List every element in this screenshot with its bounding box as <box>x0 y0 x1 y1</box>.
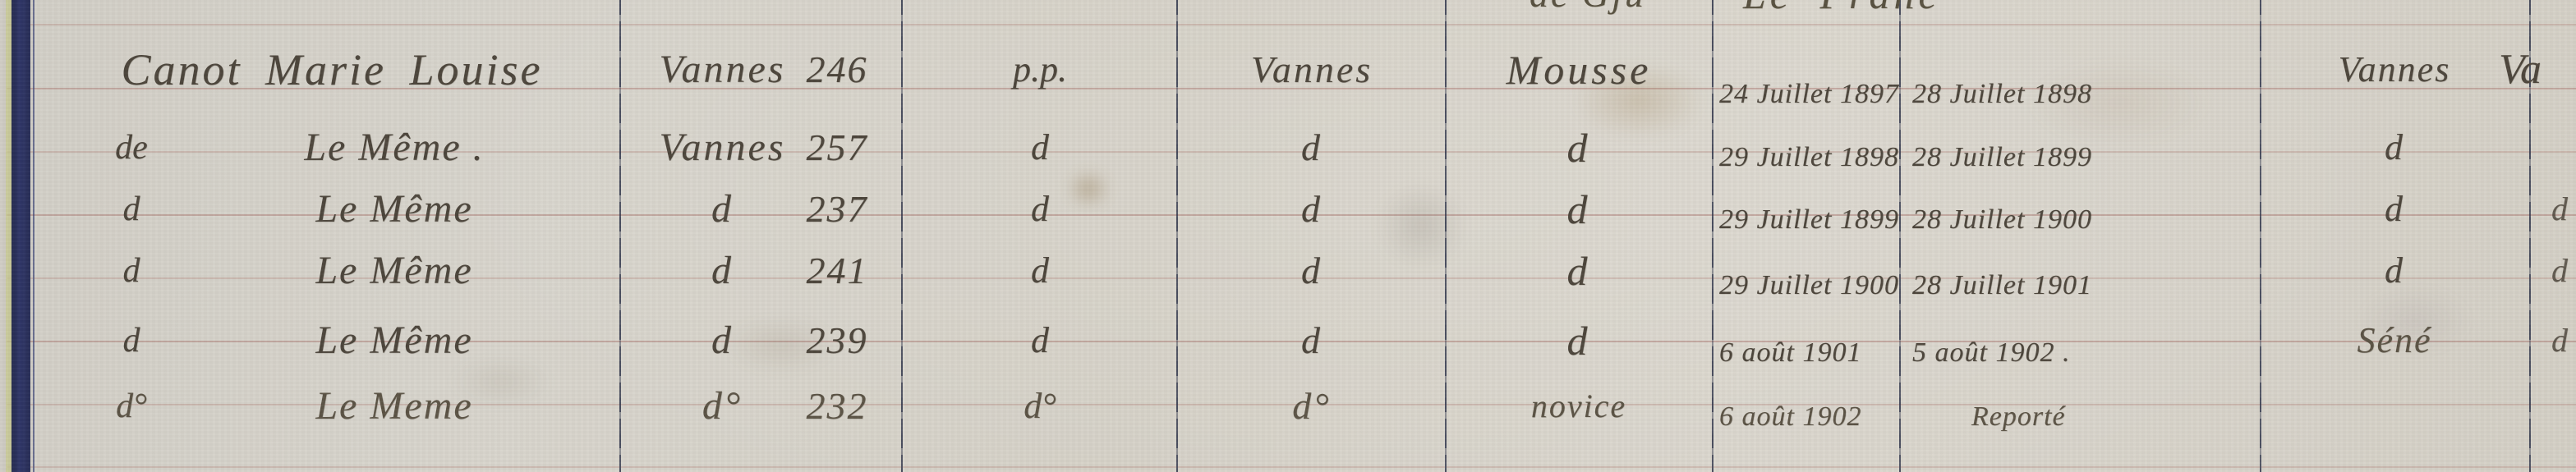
cell-port: d° <box>1183 372 1441 441</box>
column-divider <box>1176 0 1178 472</box>
cell-role: Mousse <box>1451 35 1707 104</box>
ruled-line <box>0 466 2576 468</box>
cell-port: d <box>1183 175 1441 244</box>
cell-inscription: d <box>908 236 1172 305</box>
cell-ditto-abbr: de <box>78 113 185 182</box>
cell-number: 239 <box>775 306 899 375</box>
cell-edge-fragment: d <box>2551 236 2576 305</box>
cell-visa-port: d <box>2264 113 2525 182</box>
cell-ditto-abbr: d° <box>78 372 185 441</box>
column-divider <box>1712 0 1713 472</box>
cell-inscription: d <box>908 175 1172 244</box>
cell-date-to: 28 Juillet 1898 <box>1907 60 2261 129</box>
column-divider <box>33 0 34 472</box>
cell-number: 237 <box>775 175 899 244</box>
cutoff-text-fragment: Le Franc <box>1743 0 1941 18</box>
cell-date-to: 28 Juillet 1899 <box>1907 123 2261 192</box>
cell-boat-name: Le Meme <box>189 372 600 441</box>
cell-number: 257 <box>775 113 899 182</box>
cell-port: d <box>1183 236 1441 305</box>
cell-ditto-abbr: d <box>78 236 185 305</box>
cell-date-to: 5 août 1902 . <box>1907 318 2261 387</box>
cell-date-to: 28 Juillet 1901 <box>1907 251 2261 320</box>
cell-boat-name: Le Même <box>189 306 600 375</box>
cell-inscription: d <box>908 306 1172 375</box>
cell-inscription: d <box>908 113 1172 182</box>
cell-boat-name: Canot Marie Louise <box>56 35 608 104</box>
cell-date-to: 28 Juillet 1900 <box>1907 186 2261 254</box>
ruled-line <box>0 24 2576 25</box>
margin-band-navy <box>11 0 30 472</box>
cutoff-text-fragment: de Gju <box>1529 0 1646 16</box>
cell-role: d <box>1451 113 1707 182</box>
column-divider <box>901 0 903 472</box>
cell-visa-port: d <box>2264 236 2525 305</box>
cell-role: novice <box>1451 372 1707 441</box>
cell-date-to: Reporté <box>1907 383 2320 451</box>
cell-port: d <box>1183 306 1441 375</box>
cell-boat-name: Le Même <box>189 236 600 305</box>
cell-role: d <box>1451 306 1707 375</box>
cell-ditto-abbr: d <box>78 306 185 375</box>
cell-edge-fragment: d <box>2551 175 2576 244</box>
column-divider <box>619 0 621 472</box>
cell-number: 241 <box>775 236 899 305</box>
cell-port: d <box>1183 113 1441 182</box>
cell-role: d <box>1451 175 1707 244</box>
cell-inscription: p.p. <box>908 35 1172 104</box>
cell-number: 246 <box>775 35 899 104</box>
cell-edge-fragment: d <box>2551 306 2576 375</box>
cell-port: Vannes <box>1183 35 1441 104</box>
cell-visa-port: d <box>2264 175 2525 244</box>
cell-edge-fragment: Va <box>2499 35 2576 104</box>
cell-number: 232 <box>775 372 899 441</box>
ledger-page: de Gju Le Franc Canot Marie Louise Vanne… <box>0 0 2576 472</box>
cell-visa-port: Vannes <box>2264 35 2525 104</box>
column-divider <box>1445 0 1447 472</box>
cell-visa-port: Séné <box>2264 306 2525 375</box>
cell-ditto-abbr: d <box>78 175 185 244</box>
cell-boat-name: Le Même . <box>189 113 600 182</box>
cell-inscription: d° <box>908 372 1172 441</box>
cell-role: d <box>1451 236 1707 305</box>
cell-boat-name: Le Même <box>189 175 600 244</box>
